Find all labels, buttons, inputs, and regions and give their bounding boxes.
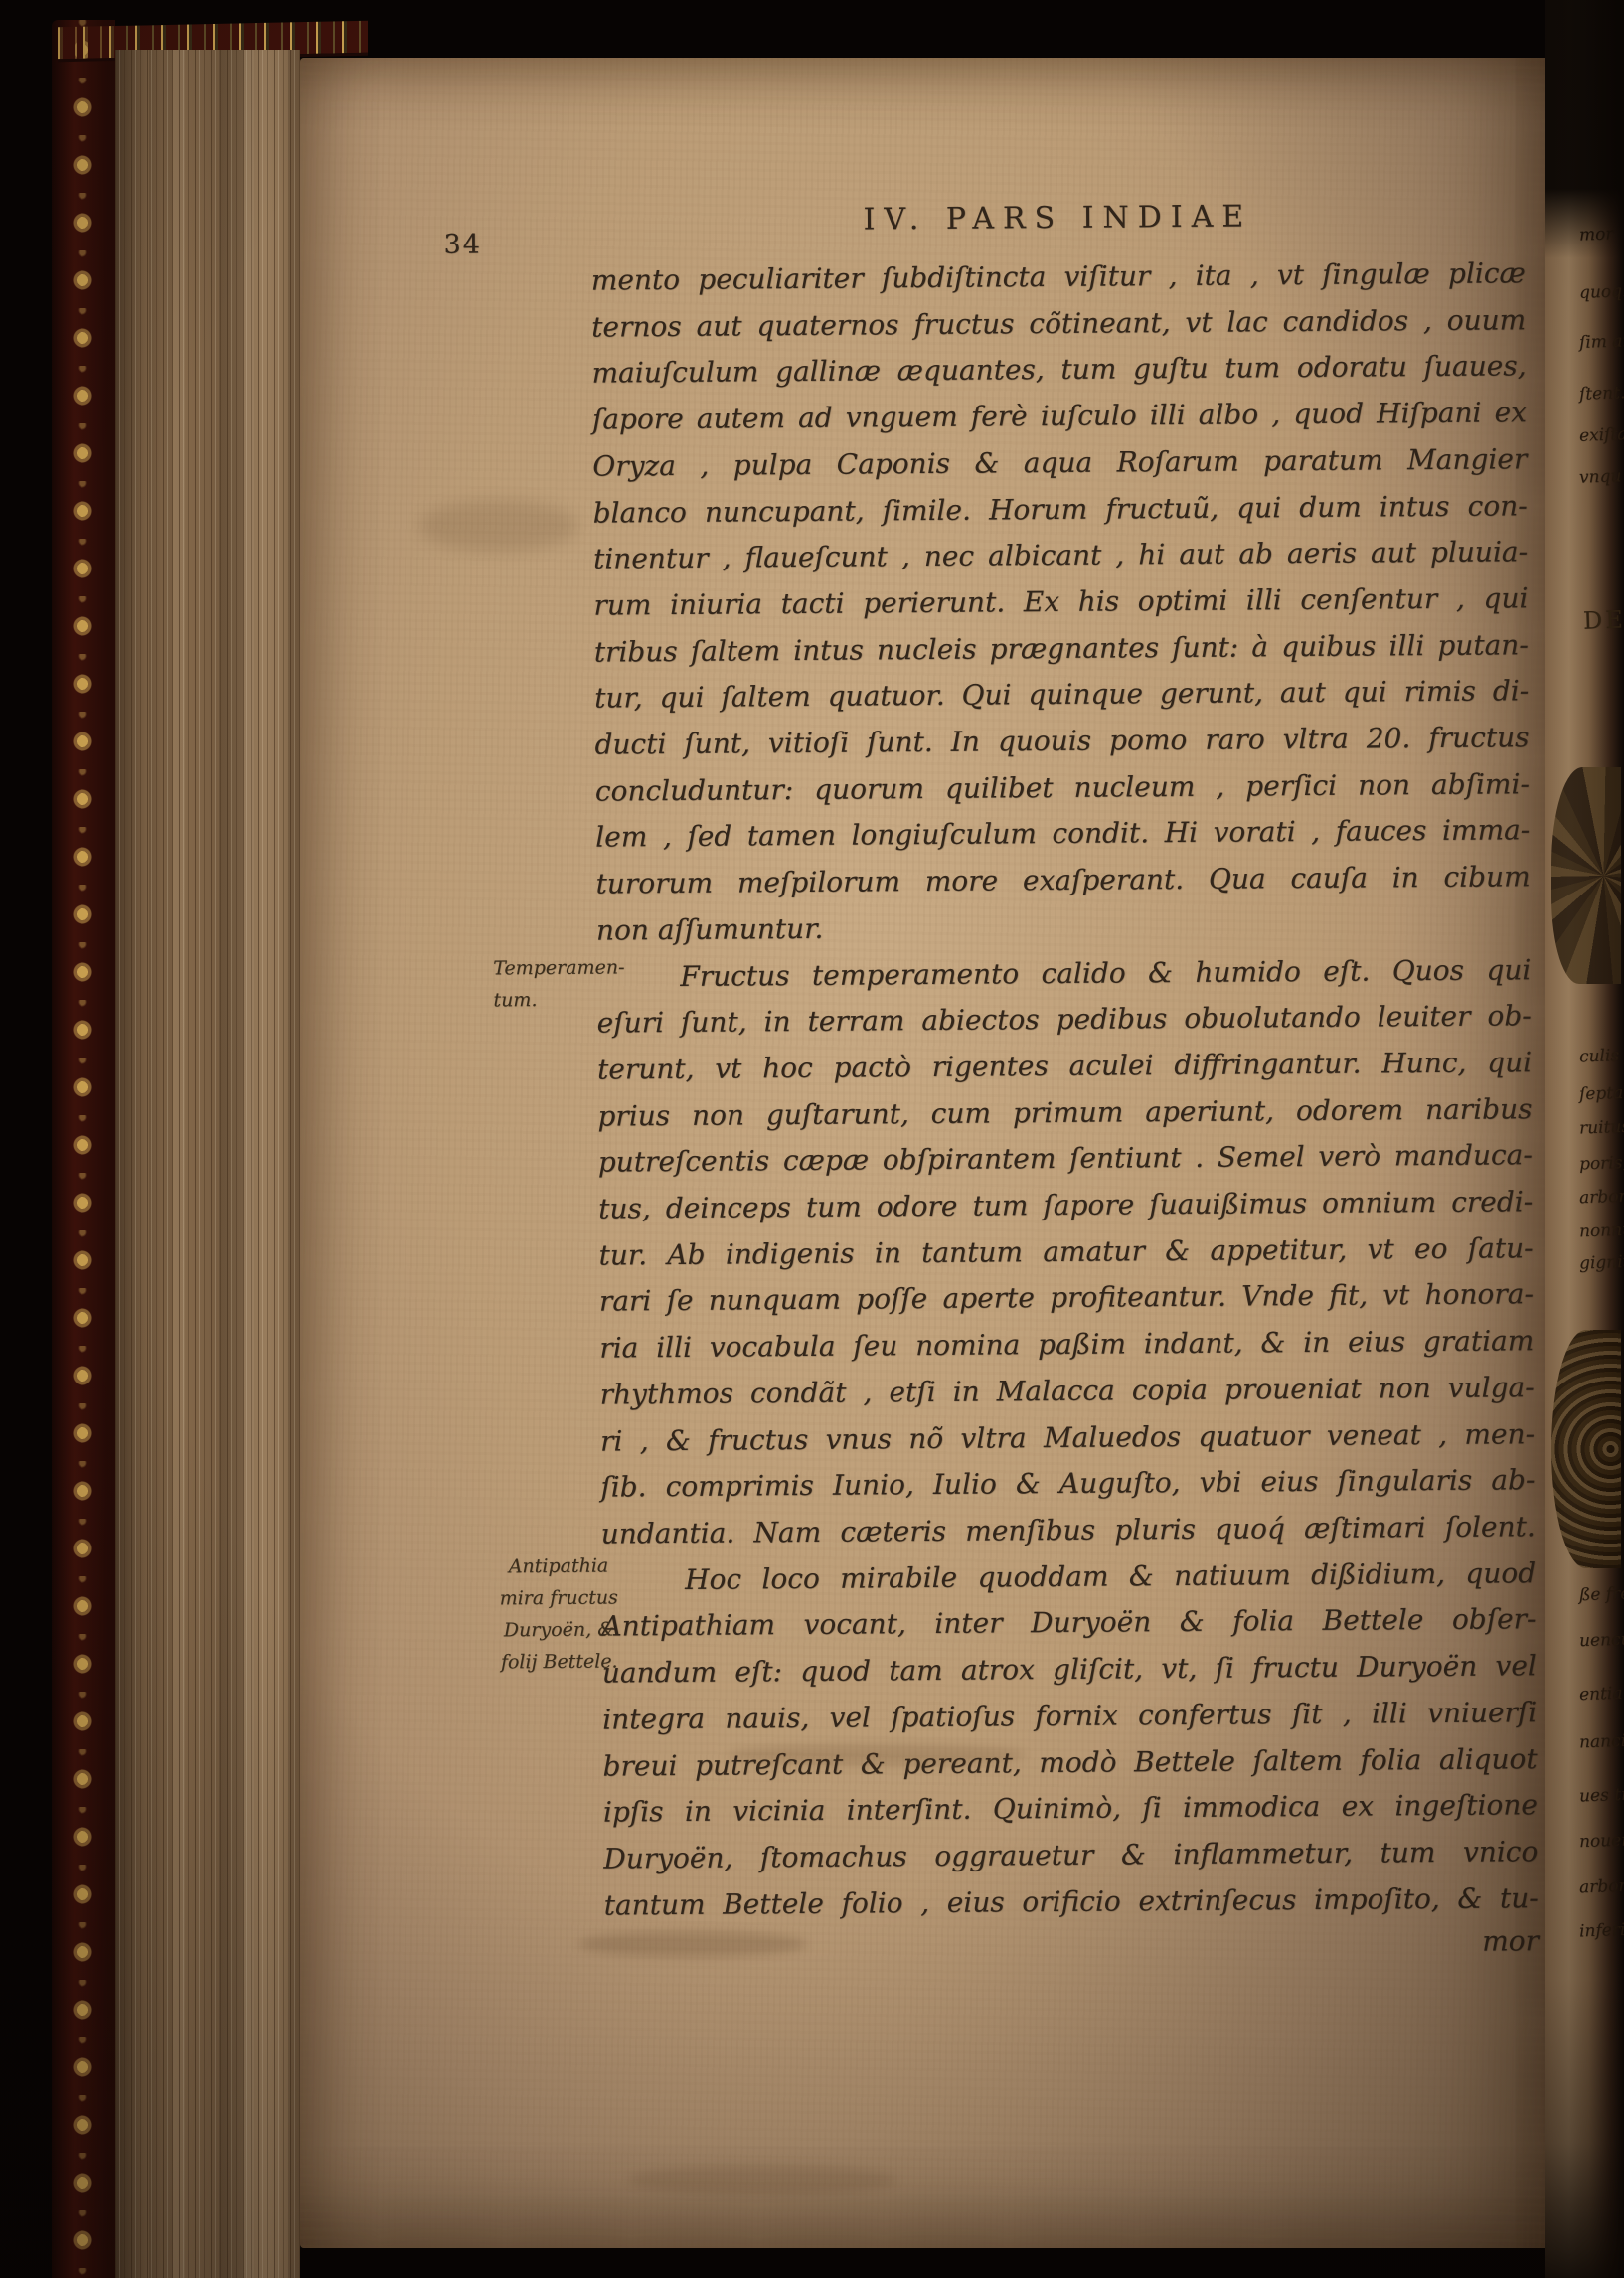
fore-edge-text-fragment: quoq. <box>1579 281 1624 303</box>
fore-edge-text-fragment: inferiores <box>1579 1919 1624 1942</box>
fore-edge-text-fragment: ſtent. <box>1579 383 1624 405</box>
fore-edge-text-fragment: ues trium <box>1579 1784 1624 1807</box>
book-page: 34 IV. PARS INDIAE mento peculiariter ſu… <box>300 58 1553 2248</box>
fore-edge-text-fragment: ſim an <box>1579 331 1624 353</box>
fore-edge-text-fragment: nonnulliſ <box>1579 1220 1624 1242</box>
fore-edge-text-fragment: ſepta. Hu <box>1579 1082 1624 1105</box>
book-photo: 34 IV. PARS INDIAE mento peculiariter ſu… <box>0 0 1624 2278</box>
fore-edge-text-fragment: nanciſcar <box>1579 1730 1624 1753</box>
fore-edge-text-fragment: vnqu <box>1579 466 1622 487</box>
fore-edge-shadow-bottom <box>1545 1978 1624 2278</box>
ink-bleed-smudge <box>728 1744 1026 1766</box>
fore-edge-text-fragment: arbor:eò <box>1579 1186 1624 1209</box>
fore-edge-text-fragment: culis ſeu ſ <box>1579 1045 1624 1067</box>
fore-edge-text-fragment: arbor mil <box>1579 1875 1624 1898</box>
fore-edge-text-fragment: DE <box>1583 605 1624 634</box>
fore-edge-shadow-top <box>1545 0 1624 258</box>
woodcut-ornament-icon <box>1551 1330 1621 1568</box>
fore-edge-text-fragment: nouerſu <box>1579 1830 1624 1852</box>
ink-bleed-smudge <box>419 500 578 552</box>
ink-bleed-smudge <box>628 2165 896 2195</box>
fore-edge-text-fragment: ruitus ſun <box>1579 1116 1624 1139</box>
fore-edge-text-fragment: poris, vt p <box>1579 1151 1624 1174</box>
fore-edge-text-fragment: uencula <box>1579 1629 1624 1651</box>
margin-note: Antipathia mira fructus Duryoën, & folij… <box>484 1549 634 1678</box>
woodcut-ornament-icon <box>1551 767 1621 984</box>
margin-note: Temperamen- tum. <box>493 951 632 1016</box>
margin-notes: Temperamen- tum.Antipathia mira fructus … <box>293 52 1563 2252</box>
book-binding-spine <box>52 20 115 2278</box>
fore-edge-text-fragment: exiſta <box>1579 424 1624 446</box>
fore-edge-text-fragment: gignit, ſed <box>1579 1250 1624 1273</box>
stacked-page-edges <box>115 50 300 2278</box>
ink-bleed-smudge <box>578 1931 807 1957</box>
fore-edge-text-fragment: entia ar <box>1579 1683 1624 1705</box>
fore-edge-text-fragment: ße frequ <box>1579 1583 1624 1606</box>
page-text-layer: 34 IV. PARS INDIAE mento peculiariter ſu… <box>293 52 1563 2252</box>
fore-edge-pages: morquoq.ſim anſtent.exiſtavnquDEculis ſe… <box>1545 0 1624 2278</box>
